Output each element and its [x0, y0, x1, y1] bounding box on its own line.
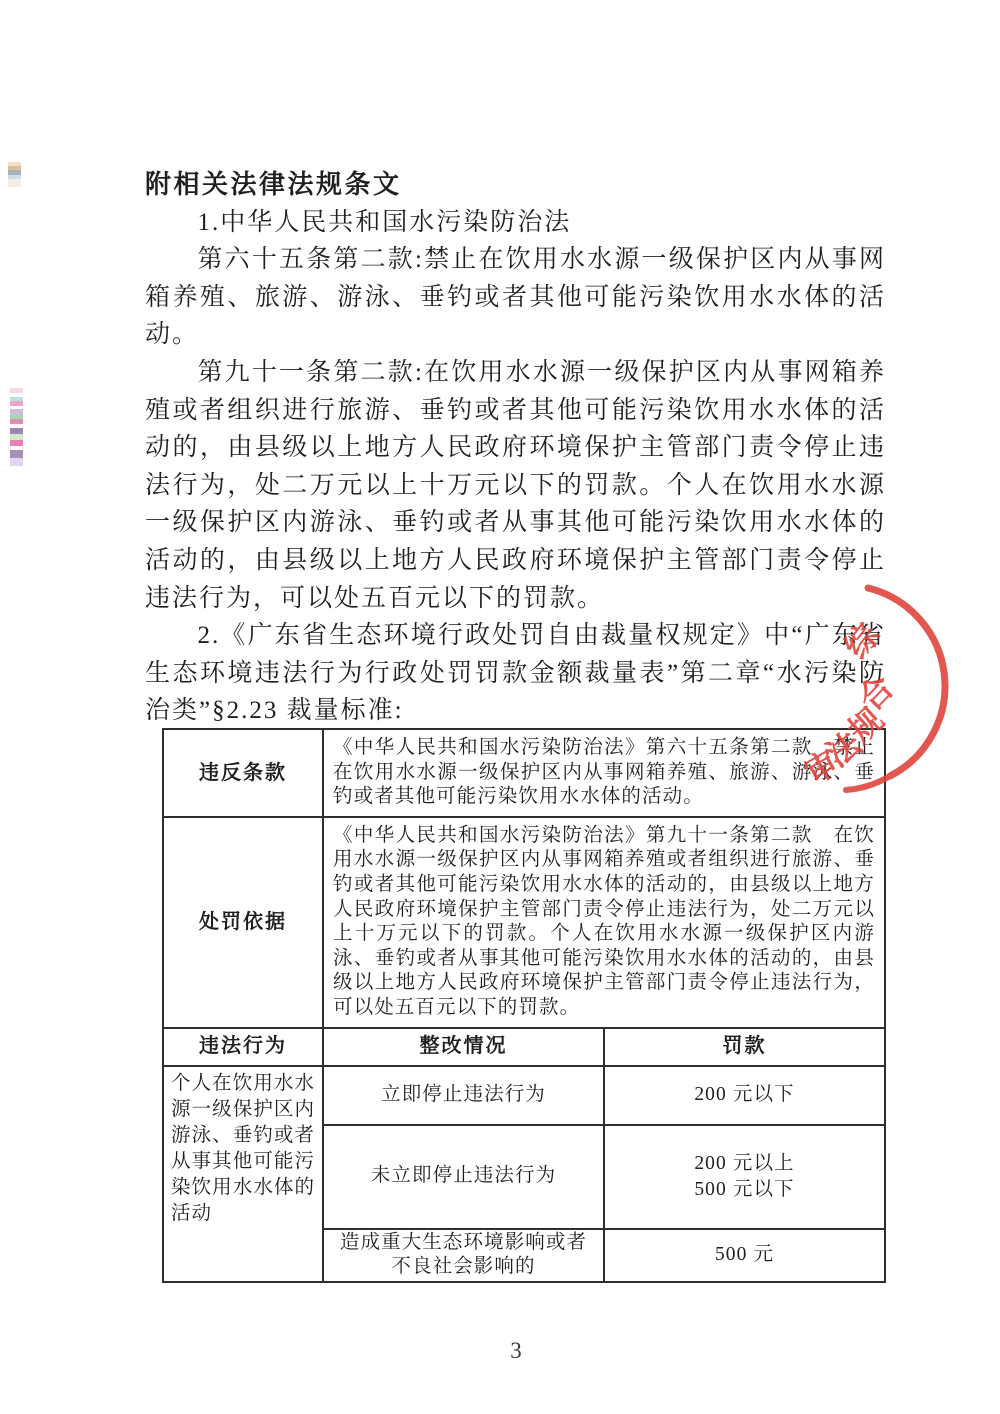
paragraph-article-65: 第六十五条第二款:禁止在饮用水水源一级保护区内从事网箱养殖、旅游、游泳、垂钓或者…: [145, 241, 886, 354]
rectification-cell: 造成重大生态环境影响或者不良社会影响的: [323, 1229, 604, 1282]
paragraph-article-91: 第九十一条第二款:在饮用水水源一级保护区内从事网箱养殖或者组织进行旅游、垂钓或者…: [145, 354, 886, 617]
violated-clause-label: 违反条款: [163, 729, 323, 817]
fine-cell: 200 元以下: [604, 1066, 885, 1125]
scan-artifact-top: [8, 162, 21, 187]
table-header-row: 违法行为 整改情况 罚款: [163, 1028, 885, 1066]
table-row-penalty-basis: 处罚依据 《中华人民共和国水污染防治法》第九十一条第二款 在饮用水水源一级保护区…: [163, 817, 885, 1028]
violated-clause-content: 《中华人民共和国水污染防治法》第六十五条第二款 禁止在饮用水水源一级保护区内从事…: [323, 729, 885, 817]
column-header-fine: 罚款: [604, 1028, 885, 1066]
page-number: 3: [0, 1338, 1000, 1364]
violation-description-cell: 个人在饮用水水源一级保护区内游泳、垂钓或者从事其他可能污染饮用水水体的活动: [163, 1066, 323, 1282]
column-header-violation: 违法行为: [163, 1028, 323, 1066]
penalty-basis-content: 《中华人民共和国水污染防治法》第九十一条第二款 在饮用水水源一级保护区内从事网箱…: [323, 817, 885, 1028]
rectification-cell: 立即停止违法行为: [323, 1066, 604, 1125]
scan-artifact-middle: [10, 388, 23, 466]
table-row-violated-clause: 违反条款 《中华人民共和国水污染防治法》第六十五条第二款 禁止在饮用水水源一级保…: [163, 729, 885, 817]
paragraph-law-title: 1.中华人民共和国水污染防治法: [145, 204, 886, 242]
page-title: 附相关法律法规条文: [145, 166, 886, 204]
column-header-rectification: 整改情况: [323, 1028, 604, 1066]
document-page: 附相关法律法规条文 1.中华人民共和国水污染防治法 第六十五条第二款:禁止在饮用…: [0, 0, 1000, 1414]
rectification-cell: 未立即停止违法行为: [323, 1125, 604, 1229]
fine-cell: 500 元: [604, 1229, 885, 1282]
paragraph-guangdong-regulation: 2.《广东省生态环境行政处罚自由裁量权规定》中“广东省生态环境违法行为行政处罚罚…: [145, 617, 886, 730]
table-row-case-1: 个人在饮用水水源一级保护区内游泳、垂钓或者从事其他可能污染饮用水水体的活动 立即…: [163, 1066, 885, 1125]
penalty-basis-label: 处罚依据: [163, 817, 323, 1028]
fine-cell: 200 元以上 500 元以下: [604, 1125, 885, 1229]
body-text: 附相关法律法规条文 1.中华人民共和国水污染防治法 第六十五条第二款:禁止在饮用…: [145, 166, 886, 730]
penalty-standard-table: 违反条款 《中华人民共和国水污染防治法》第六十五条第二款 禁止在饮用水水源一级保…: [162, 728, 886, 1283]
